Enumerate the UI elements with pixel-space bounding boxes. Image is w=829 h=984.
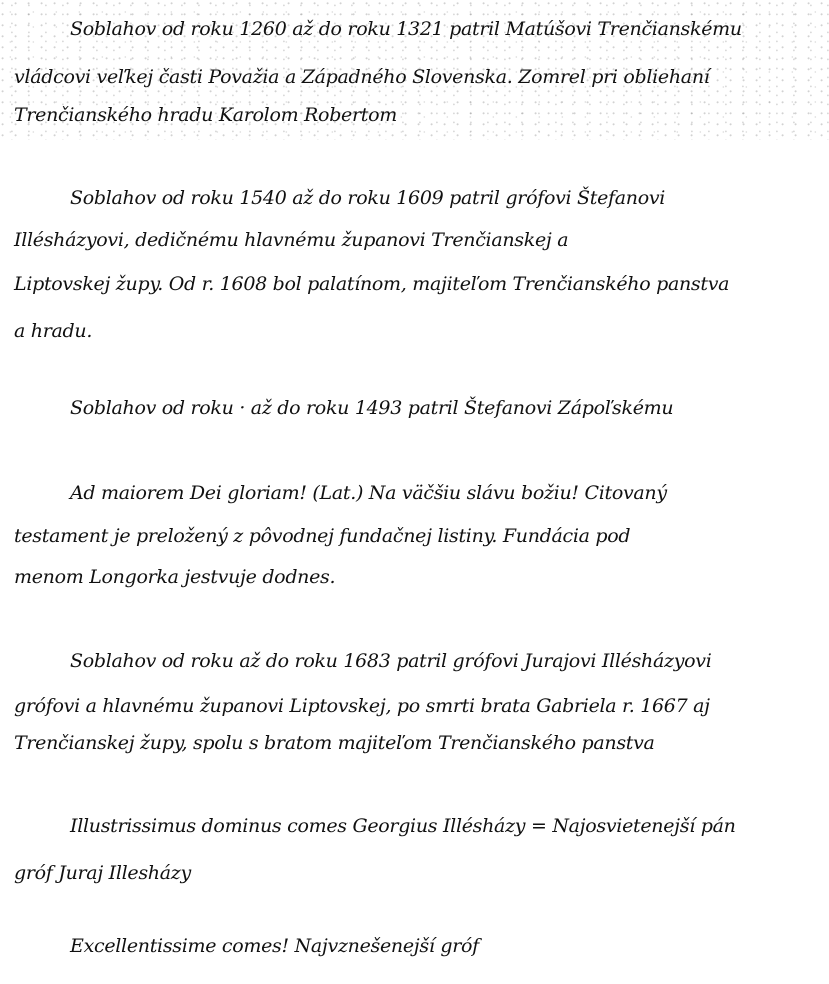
paragraph-1-line-1: Soblahov od roku 1260 až do roku 1321 pa… <box>70 18 742 40</box>
paragraph-6-line-2: gróf Juraj Illesházy <box>14 862 191 884</box>
paragraph-4-line-2: testament je preložený z pôvodnej fundač… <box>14 525 630 547</box>
paragraph-5-line-3: Trenčianskej župy, spolu s bratom majite… <box>14 732 655 754</box>
paragraph-5-line-1: Soblahov od roku až do roku 1683 patril … <box>70 650 712 672</box>
handwritten-document-page: Soblahov od roku 1260 až do roku 1321 pa… <box>0 0 829 984</box>
paragraph-6-line-1: Illustrissimus dominus comes Georgius Il… <box>70 815 736 837</box>
paragraph-2-line-2: Illésházyovi, dedičnému hlavnému županov… <box>14 229 568 251</box>
paragraph-7-line-1: Excellentissime comes! Najvznešenejší gr… <box>70 935 479 957</box>
paragraph-5-line-2: grófovi a hlavnému županovi Liptovskej, … <box>14 695 710 717</box>
paragraph-3-line-1: Soblahov od roku · až do roku 1493 patri… <box>70 397 673 419</box>
paragraph-4-line-1: Ad maiorem Dei gloriam! (Lat.) Na väčšiu… <box>70 482 667 504</box>
paragraph-2-line-3: Liptovskej župy. Od r. 1608 bol palatíno… <box>14 273 729 295</box>
paragraph-4-line-3: menom Longorka jestvuje dodnes. <box>14 566 335 588</box>
paragraph-2-line-1: Soblahov od roku 1540 až do roku 1609 pa… <box>70 187 665 209</box>
paragraph-2-line-4: a hradu. <box>14 320 92 342</box>
paragraph-1-line-2: vládcovi veľkej časti Považia a Západnéh… <box>14 66 710 88</box>
paragraph-1-line-3: Trenčianského hradu Karolom Robertom <box>14 104 397 126</box>
